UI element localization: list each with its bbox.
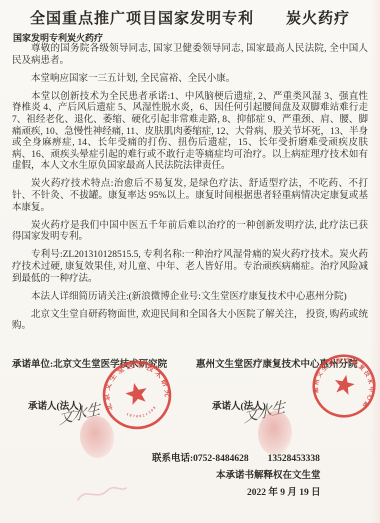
- stray-ink-mark: [72, 480, 132, 508]
- paragraph-salutation: 尊敬的国务院各级领导同志, 国家卫健委领导同志, 国家最高人民法院, 全中国人民…: [12, 44, 368, 67]
- paragraph-promise-list: 本堂以创新技术为全民患者承诺:1、中风脑梗后遗症, 2、严重类风湿 3、强直性脊…: [12, 92, 368, 173]
- document-subtitle: 国家发明专利炭火药疗: [13, 31, 103, 44]
- scan-edge-tint: [370, 0, 380, 523]
- paragraph-plan: 本堂响应国家一三五计划, 全民富裕、全民小康。: [12, 74, 368, 86]
- seal-left-serial: 1870021398: [125, 405, 158, 422]
- document-body: 尊敬的国务院各级领导同志, 国家卫健委领导同志, 国家最高人民法院, 全中国人民…: [12, 44, 368, 339]
- document-title: 全国重点推广项目国家发明专利 炭火药疗: [0, 7, 380, 28]
- paragraph-features: 炭火药疗技术特点:治愈后不易复发, 是绿色疗法、舒适型疗法，不吃药、不打针、不针…: [12, 179, 368, 214]
- star-icon: [123, 380, 149, 405]
- contact-phone-line: 联系电话:0752-8484628 13528453338: [152, 450, 320, 464]
- star-icon: [333, 373, 357, 396]
- svg-text:1870021398: 1870021398: [125, 405, 158, 422]
- date-line: 2022 年 9 月 19 日: [247, 484, 321, 498]
- paragraph-innovation: 炭火药疗是我们中国中医五千年前后难以治疗的一种创新发明疗法, 此疗法已获得国家发…: [12, 221, 368, 244]
- official-seal-right-icon: 惠州文生堂医疗康复技术中心惠州分院: [304, 346, 380, 427]
- paragraph-weibo: 本法人详细简历请关注:(新浪微博企业号:文生堂医疗康复技术中心惠州分院): [12, 292, 368, 304]
- paragraph-invitation: 北京文生堂自研药物面世, 欢迎民间和全国各大小医院了解关注， 投资, 购药或统购…: [12, 310, 368, 333]
- interpretation-line: 本承诺书解释权在文生堂: [216, 467, 321, 481]
- document-page: 全国重点推广项目国家发明专利 炭火药疗 国家发明专利炭火药疗 尊敬的国务院各级领…: [0, 0, 380, 523]
- paragraph-patent-number: 专利号:ZL201310128515.5, 专利名称:一种治疗风湿骨痛的炭火药疗…: [12, 250, 368, 285]
